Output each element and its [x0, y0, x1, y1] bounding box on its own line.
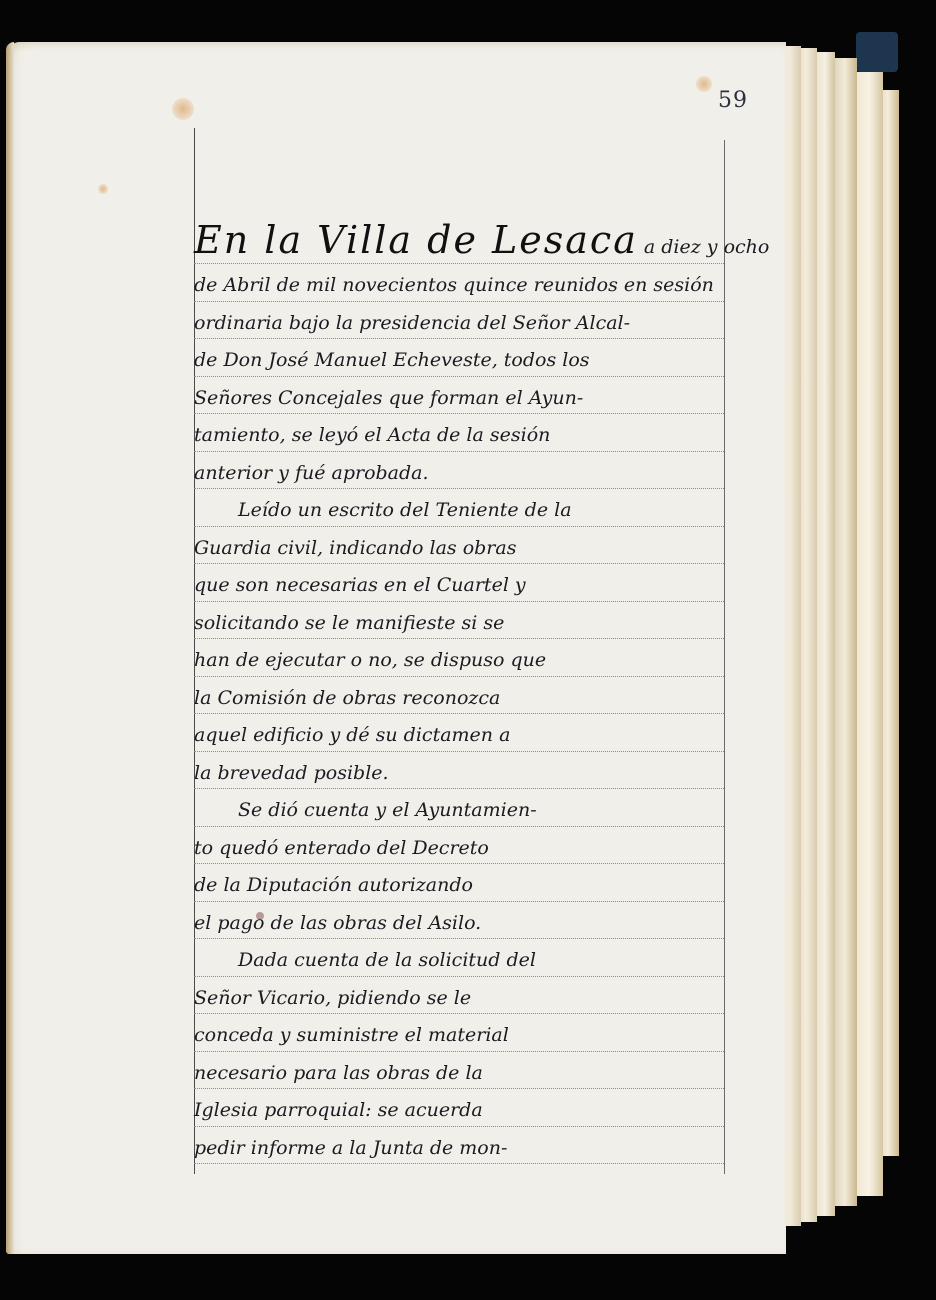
- paragraph-start: Se dió cuenta y el Ayuntamien-: [194, 789, 724, 827]
- line-text: han de ejecutar o no, se dispuso que: [194, 649, 546, 671]
- text-line: la Comisión de obras reconozca: [194, 677, 724, 715]
- line-text: la brevedad posible.: [194, 762, 389, 784]
- page-number: 59: [718, 88, 748, 113]
- line-text: ordinaria bajo la presidencia del Señor …: [194, 312, 630, 334]
- ledger-book: 59 En la Villa de Lesaca a diez y ocho d…: [0, 38, 905, 1266]
- paragraph-start: Leído un escrito del Teniente de la: [194, 489, 724, 527]
- text-line: el pago de las obras del Asilo.: [194, 902, 724, 940]
- page-edge: [814, 52, 835, 1216]
- text-line: la brevedad posible.: [194, 752, 724, 790]
- text-line: de Don José Manuel Echeveste, todos los: [194, 339, 724, 377]
- text-line: Iglesia parroquial: se acuerda: [194, 1089, 724, 1127]
- line-text: Guardia civil, indicando las obras: [194, 537, 516, 559]
- text-line: ordinaria bajo la presidencia del Señor …: [194, 302, 724, 340]
- spine-shadow: [6, 42, 14, 1254]
- foxing-stain: [696, 76, 712, 92]
- line-text: necesario para las obras de la: [194, 1062, 483, 1084]
- text-line: Señor Vicario, pidiendo se le: [194, 977, 724, 1015]
- text-line: aquel edificio y dé su dictamen a: [194, 714, 724, 752]
- line-text: Se dió cuenta y el Ayuntamien-: [194, 799, 537, 821]
- line-text: aquel edificio y dé su dictamen a: [194, 724, 510, 746]
- line-text: solicitando se le manifieste si se: [194, 612, 504, 634]
- line-text: Señor Vicario, pidiendo se le: [194, 987, 471, 1009]
- text-line: solicitando se le manifieste si se: [194, 602, 724, 640]
- text-line: to quedó enterado del Decreto: [194, 827, 724, 865]
- text-line: han de ejecutar o no, se dispuso que: [194, 639, 724, 677]
- line-text: de Don José Manuel Echeveste, todos los: [194, 349, 590, 371]
- line-text: to quedó enterado del Decreto: [194, 837, 489, 859]
- line-text: de Abril de mil novecientos quince reuni…: [194, 274, 714, 296]
- paragraph-start: Dada cuenta de la solicitud del: [194, 939, 724, 977]
- line-text: tamiento, se leyó el Acta de la sesión: [194, 424, 550, 446]
- text-line: que son necesarias en el Cuartel y: [194, 564, 724, 602]
- line-text: Señores Concejales que forman el Ayun-: [194, 387, 583, 409]
- text-line: necesario para las obras de la: [194, 1052, 724, 1090]
- foxing-stain: [98, 184, 108, 194]
- text-line: Guardia civil, indicando las obras: [194, 527, 724, 565]
- line-text: la Comisión de obras reconozca: [194, 687, 500, 709]
- line-text: de la Diputación autorizando: [194, 874, 473, 896]
- line-text: anterior y fué aprobada.: [194, 462, 429, 484]
- line-text: Leído un escrito del Teniente de la: [194, 499, 572, 521]
- heading-line: En la Villa de Lesaca a diez y ocho: [194, 218, 724, 264]
- page-edge: [854, 72, 883, 1196]
- text-line: conceda y suministre el material: [194, 1014, 724, 1052]
- text-line: tamiento, se leyó el Acta de la sesión: [194, 414, 724, 452]
- text-line: Señores Concejales que forman el Ayun-: [194, 377, 724, 415]
- heading: En la Villa de Lesaca: [194, 218, 638, 262]
- book-cover-corner: [856, 32, 898, 72]
- line-text: pedir informe a la Junta de mon-: [194, 1137, 507, 1159]
- page-edge: [832, 58, 857, 1206]
- text-line: de la Diputación autorizando: [194, 864, 724, 902]
- foxing-stain: [172, 98, 194, 120]
- line-text: que son necesarias en el Cuartel y: [194, 574, 526, 596]
- text-line: a diez y ocho: [644, 236, 769, 258]
- right-margin-rule: [724, 140, 725, 1174]
- line-text: Dada cuenta de la solicitud del: [194, 949, 536, 971]
- text-line: anterior y fué aprobada.: [194, 452, 724, 490]
- manuscript-text: En la Villa de Lesaca a diez y ocho de A…: [194, 218, 724, 1164]
- text-line: pedir informe a la Junta de mon-: [194, 1127, 724, 1165]
- line-text: el pago de las obras del Asilo.: [194, 912, 481, 934]
- ledger-page: 59 En la Villa de Lesaca a diez y ocho d…: [6, 42, 786, 1254]
- text-line: de Abril de mil novecientos quince reuni…: [194, 264, 724, 302]
- line-text: conceda y suministre el material: [194, 1024, 509, 1046]
- line-text: Iglesia parroquial: se acuerda: [194, 1099, 483, 1121]
